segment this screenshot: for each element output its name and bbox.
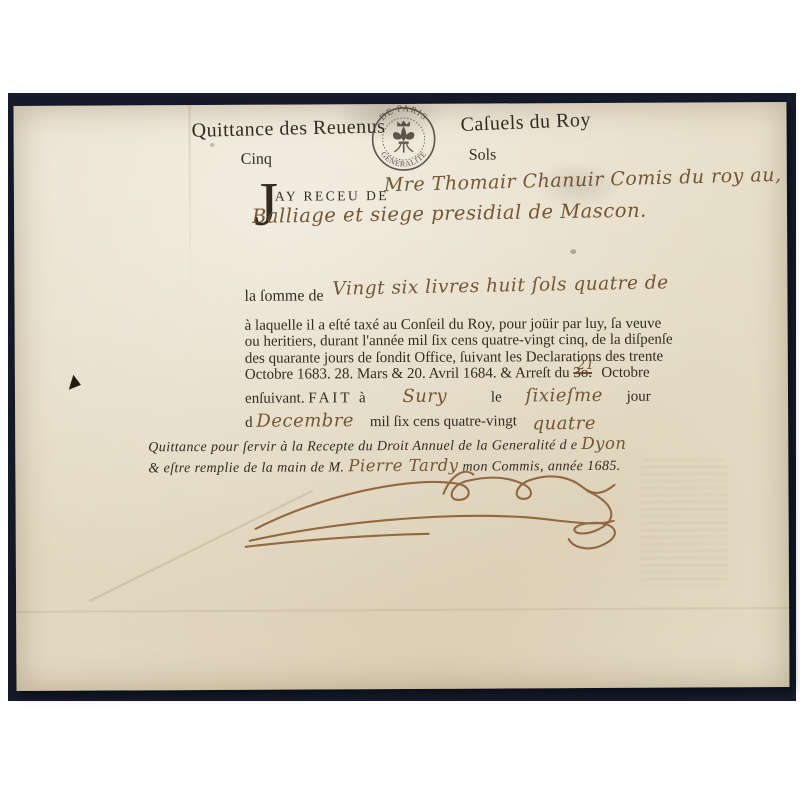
- fait-a-label: FAIT à: [308, 390, 368, 406]
- handwritten-place: Sury: [402, 385, 447, 406]
- verso-show-through: [640, 458, 729, 586]
- footer-line-1: Quittance pour ſervir à la Recepte du Dr…: [148, 435, 626, 458]
- fee-amount: Cinq: [241, 151, 272, 169]
- handwritten-month: Decembre: [256, 410, 354, 432]
- sum-label: la ſomme de: [244, 287, 323, 305]
- body-paragraph: à laquelle il a eſté taxé au Conſeil du …: [245, 315, 738, 432]
- document-title-left: Quittance des Reuenus: [191, 115, 385, 142]
- ink-speck: [570, 249, 576, 254]
- footer-line-1-text: Quittance pour ſervir à la Recepte du Dr…: [148, 438, 577, 455]
- body-line-3: des quarante jours de ſondit Office, ſui…: [245, 348, 737, 367]
- body-line-5: enſuivant. FAIT à Sury le ſixieſme jour: [245, 385, 737, 409]
- body-line-6: d Decembre mil ſix cens quatre-vingt qua…: [245, 409, 737, 433]
- signature-flourish: [243, 465, 628, 557]
- handwritten-payer-name: Mre Thomair Chanuir Comis du roy au,: [384, 164, 782, 196]
- handwritten-generalite: Dyon: [581, 434, 626, 453]
- handwritten-date-correction: 21: [577, 358, 595, 373]
- generalite-seal: DE PARIS GENERALITE: [369, 105, 437, 173]
- body-line-4-text: Octobre 1683. 28. Mars & 20. Avril 1684.…: [245, 365, 570, 383]
- handwritten-year: quatre: [533, 413, 596, 434]
- fleur-de-lis-icon: [393, 121, 414, 152]
- le-label: le: [491, 389, 502, 405]
- handwritten-payer-office: Balliage et siege presidial de Mascon.: [252, 199, 647, 228]
- ink-speck: [210, 143, 215, 147]
- paper-crease: [16, 607, 789, 613]
- body-line-4-end: Octobre: [601, 365, 649, 381]
- ensuivant-text: enſuivant.: [245, 390, 305, 406]
- document-photo: Quittance des Reuenus DE PARIS GENERALIT…: [8, 93, 796, 701]
- year-printed: mil ſix cens quatre-vingt: [370, 413, 517, 430]
- handwritten-sum: Vingt six livres huit ſols quatre de: [332, 272, 669, 299]
- jour-label: jour: [627, 388, 651, 404]
- body-line-4: Octobre 1683. 28. Mars & 20. Avril 1684.…: [245, 364, 737, 384]
- d-label: d: [245, 414, 253, 430]
- parchment-receipt: Quittance des Reuenus DE PARIS GENERALIT…: [13, 102, 789, 691]
- document-title-right: Caſuels du Roy: [460, 109, 591, 137]
- ink-blot: [68, 375, 81, 390]
- handwritten-day: ſixieſme: [525, 385, 602, 406]
- fee-unit: Sols: [469, 147, 497, 165]
